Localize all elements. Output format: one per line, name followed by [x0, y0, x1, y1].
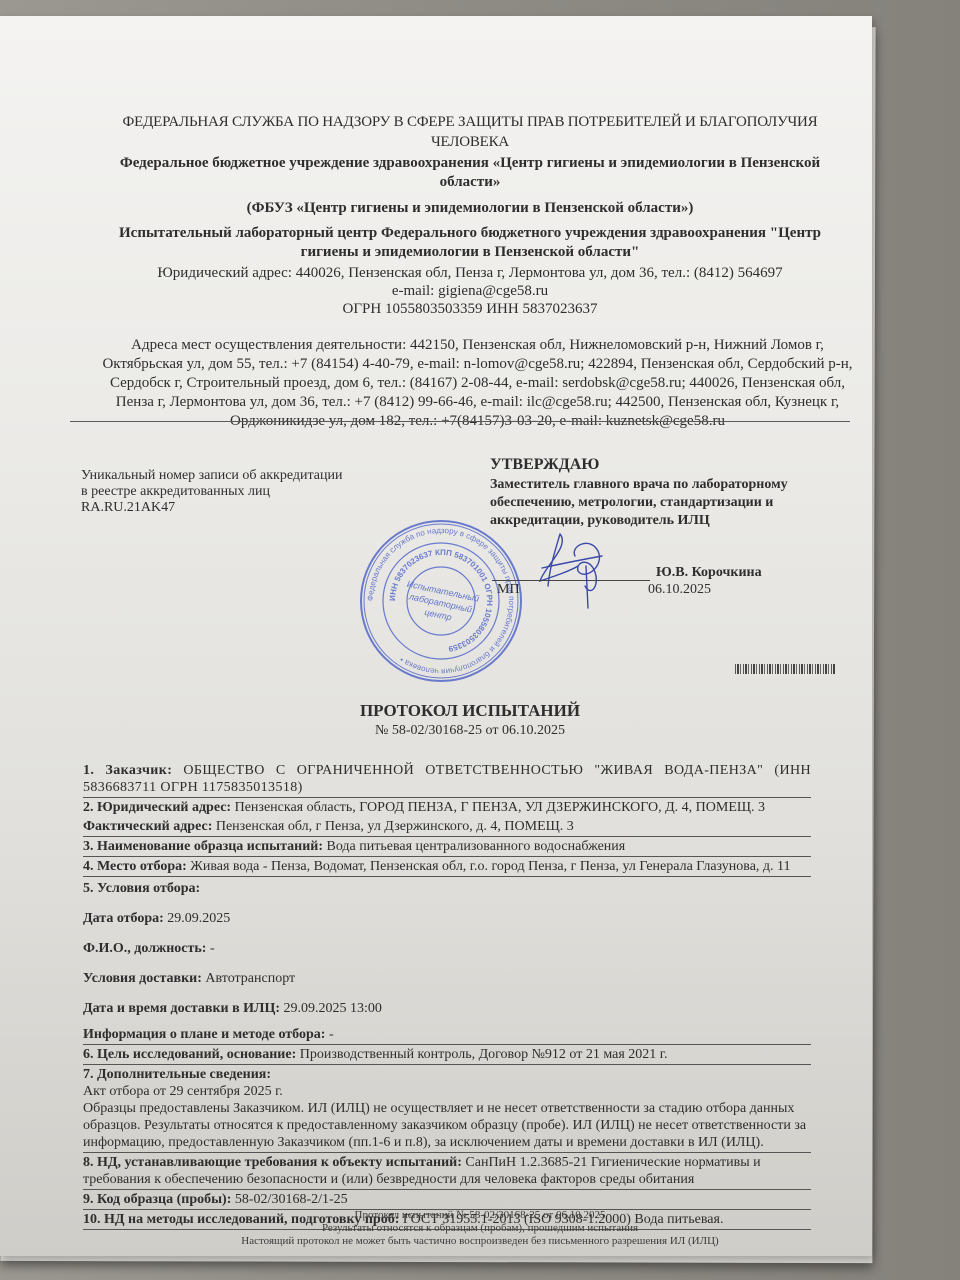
seal-placeholder-label: МП — [497, 582, 520, 598]
accreditation-line1: Уникальный номер записи об аккредитации — [81, 468, 381, 484]
institution-name: Федеральное бюджетное учреждение здравоо… — [90, 154, 850, 192]
activity-sites: Адреса мест осуществления деятельности: … — [90, 336, 865, 431]
protocol-number: № 58-02/30168-25 от 06.10.2025 — [80, 723, 860, 739]
field-research-purpose: 6. Цель исследований, основание: Произво… — [83, 1045, 811, 1065]
ogrn-inn: ОГРН 1055803503359 ИНН 5837023637 — [90, 300, 850, 318]
field-sampling-plan: Информация о плане и методе отбора: - — [83, 1025, 811, 1045]
lab-center-name: Испытательный лабораторный центр Федерал… — [90, 224, 850, 262]
protocol-title: ПРОТОКОЛ ИСПЫТАНИЙ — [80, 701, 860, 721]
field-sampling-place: 4. Место отбора: Живая вода - Пенза, Вод… — [83, 857, 811, 877]
agency-heading: ФЕДЕРАЛЬНАЯ СЛУЖБА ПО НАДЗОРУ В СФЕРЕ ЗА… — [90, 112, 850, 152]
field-delivery-conditions: Условия доставки: Автотранспорт — [83, 967, 811, 991]
footer-results-note: Результаты относятся к образцам (пробам)… — [180, 1222, 780, 1235]
field-customer: 1. Заказчик: ОБЩЕСТВО С ОГРАНИЧЕННОЙ ОТВ… — [83, 761, 811, 798]
field-requirements-docs: 8. НД, устанавливающие требования к объе… — [83, 1153, 811, 1190]
field-additional-info: 7. Дополнительные сведения: Акт отбора о… — [83, 1065, 811, 1153]
signature-line — [492, 580, 650, 581]
barcode-icon — [735, 664, 835, 674]
approval-date: 06.10.2025 — [648, 582, 711, 598]
field-delivery-datetime: Дата и время доставки в ИЛЦ: 29.09.2025 … — [83, 997, 811, 1021]
field-sample-code: 9. Код образца (пробы): 58-02/30168-2/1-… — [83, 1190, 811, 1210]
field-sample-name: 3. Наименование образца испытаний: Вода … — [83, 837, 811, 857]
legal-info: Юридический адрес: 440026, Пензенская об… — [90, 264, 850, 318]
protocol-fields: 1. Заказчик: ОБЩЕСТВО С ОГРАНИЧЕННОЙ ОТВ… — [83, 761, 811, 1230]
field-sampling-conditions: 5. Условия отбора: — [83, 877, 811, 901]
footer-reproduction-note: Настоящий протокол не может быть частичн… — [180, 1235, 780, 1248]
approval-block: УТВЕРЖДАЮ Заместитель главного врача по … — [490, 456, 830, 530]
document-page: ФЕДЕРАЛЬНАЯ СЛУЖБА ПО НАДЗОРУ В СФЕРЕ ЗА… — [0, 16, 872, 1256]
page-footer: Протокол испытаний № 58-02/30168-25 от 0… — [180, 1209, 780, 1248]
approval-title: УТВЕРЖДАЮ — [490, 456, 830, 474]
footer-protocol-ref: Протокол испытаний № 58-02/30168-25 от 0… — [180, 1209, 780, 1222]
contact-email: e-mail: gigiena@cge58.ru — [90, 282, 850, 300]
field-legal-address: 2. Юридический адрес: Пензенская область… — [83, 798, 811, 817]
accreditation-line2: в реестре аккредитованных лиц — [81, 484, 381, 500]
header-divider — [70, 421, 850, 422]
field-person-position: Ф.И.О., должность: - — [83, 937, 811, 961]
approver-position: Заместитель главного врача по лабораторн… — [490, 476, 830, 530]
field-actual-address: Фактический адрес: Пензенская обл, г Пен… — [83, 817, 811, 837]
field-sampling-date: Дата отбора: 29.09.2025 — [83, 907, 811, 931]
approver-name: Ю.В. Корочкина — [656, 565, 762, 581]
accreditation-number: RA.RU.21AK47 — [81, 500, 381, 516]
institution-short-name: (ФБУЗ «Центр гигиены и эпидемиологии в П… — [90, 200, 850, 217]
legal-address: Юридический адрес: 440026, Пензенская об… — [90, 264, 850, 282]
round-seal-stamp-icon: Федеральная служба по надзору в сфере за… — [356, 516, 526, 686]
signature-icon — [530, 526, 630, 611]
accreditation-block: Уникальный номер записи об аккредитации … — [81, 468, 381, 516]
